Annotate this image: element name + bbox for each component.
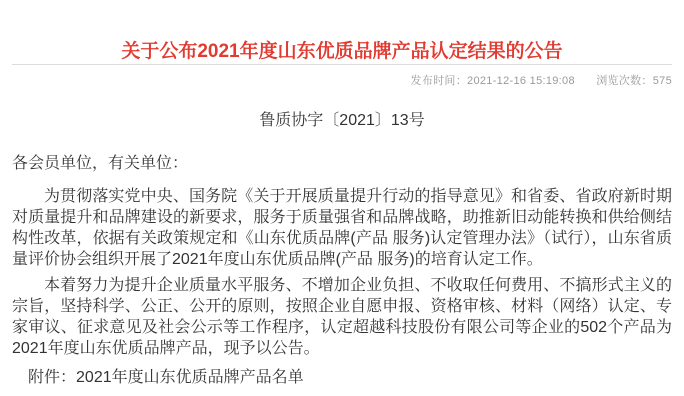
announcement-header: 关于公布2021年度山东优质品牌产品认定结果的公告 [12, 0, 672, 65]
attachment-label: 附件： [28, 369, 76, 386]
views-value: 575 [653, 75, 672, 87]
views-label: 浏览次数： [596, 75, 653, 87]
body-paragraph-2: 本着努力为提升企业质量水平服务、不增加企业负担、不收取任何费用、不搞形式主义的宗… [12, 275, 672, 359]
document-number: 鲁质协字〔2021〕13号 [12, 111, 672, 131]
meta-bar: 发布时间：2021-12-16 15:19:08 浏览次数：575 [12, 74, 672, 88]
announcement-page: 关于公布2021年度山东优质品牌产品认定结果的公告 发布时间：2021-12-1… [0, 0, 684, 396]
body-paragraph-1: 为贯彻落实党中央、国务院《关于开展质量提升行动的指导意见》和省委、省政府新时期对… [12, 186, 672, 270]
page-title: 关于公布2021年度山东优质品牌产品认定结果的公告 [12, 0, 672, 64]
attachment-link[interactable]: 2021年度山东优质品牌产品名单 [76, 369, 304, 386]
publish-time-value: 2021-12-16 15:19:08 [467, 75, 575, 87]
attachment-line: 附件：2021年度山东优质品牌产品名单 [12, 367, 672, 388]
publish-time-label: 发布时间： [411, 75, 468, 87]
salutation: 各会员单位，有关单位： [12, 153, 672, 174]
